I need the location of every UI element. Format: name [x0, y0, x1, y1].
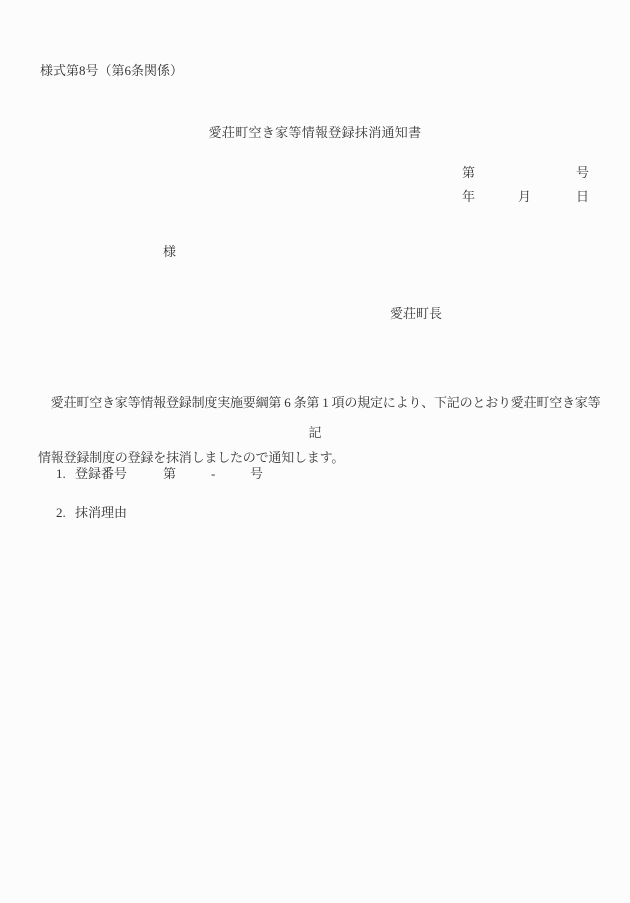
registration-number-prefix: 第	[163, 466, 176, 482]
item-label: 抹消理由	[75, 505, 127, 521]
date-month-label: 月	[518, 189, 531, 205]
body-line-1: 愛荘町空き家等情報登録制度実施要綱第 6 条第 1 項の規定により、下記のとおり…	[38, 391, 598, 415]
doc-number-suffix: 号	[576, 165, 589, 181]
addressee-honorific: 様	[163, 244, 176, 260]
record-heading: 記	[0, 425, 630, 441]
sender-title: 愛荘町長	[390, 306, 442, 322]
item-label: 登録番号	[75, 466, 127, 482]
date-year-label: 年	[462, 189, 475, 205]
form-number-label: 様式第8号（第6条関係）	[40, 63, 183, 79]
doc-number-prefix: 第	[462, 165, 475, 181]
document-title: 愛荘町空き家等情報登録抹消通知書	[0, 125, 630, 141]
registration-number-separator: -	[211, 466, 215, 482]
item-number: 1.	[56, 466, 66, 482]
date-day-label: 日	[576, 189, 589, 205]
item-number: 2.	[56, 505, 66, 521]
registration-number-suffix: 号	[250, 466, 263, 482]
document-page: 様式第8号（第6条関係） 愛荘町空き家等情報登録抹消通知書 第 号 年 月 日 …	[0, 0, 630, 903]
